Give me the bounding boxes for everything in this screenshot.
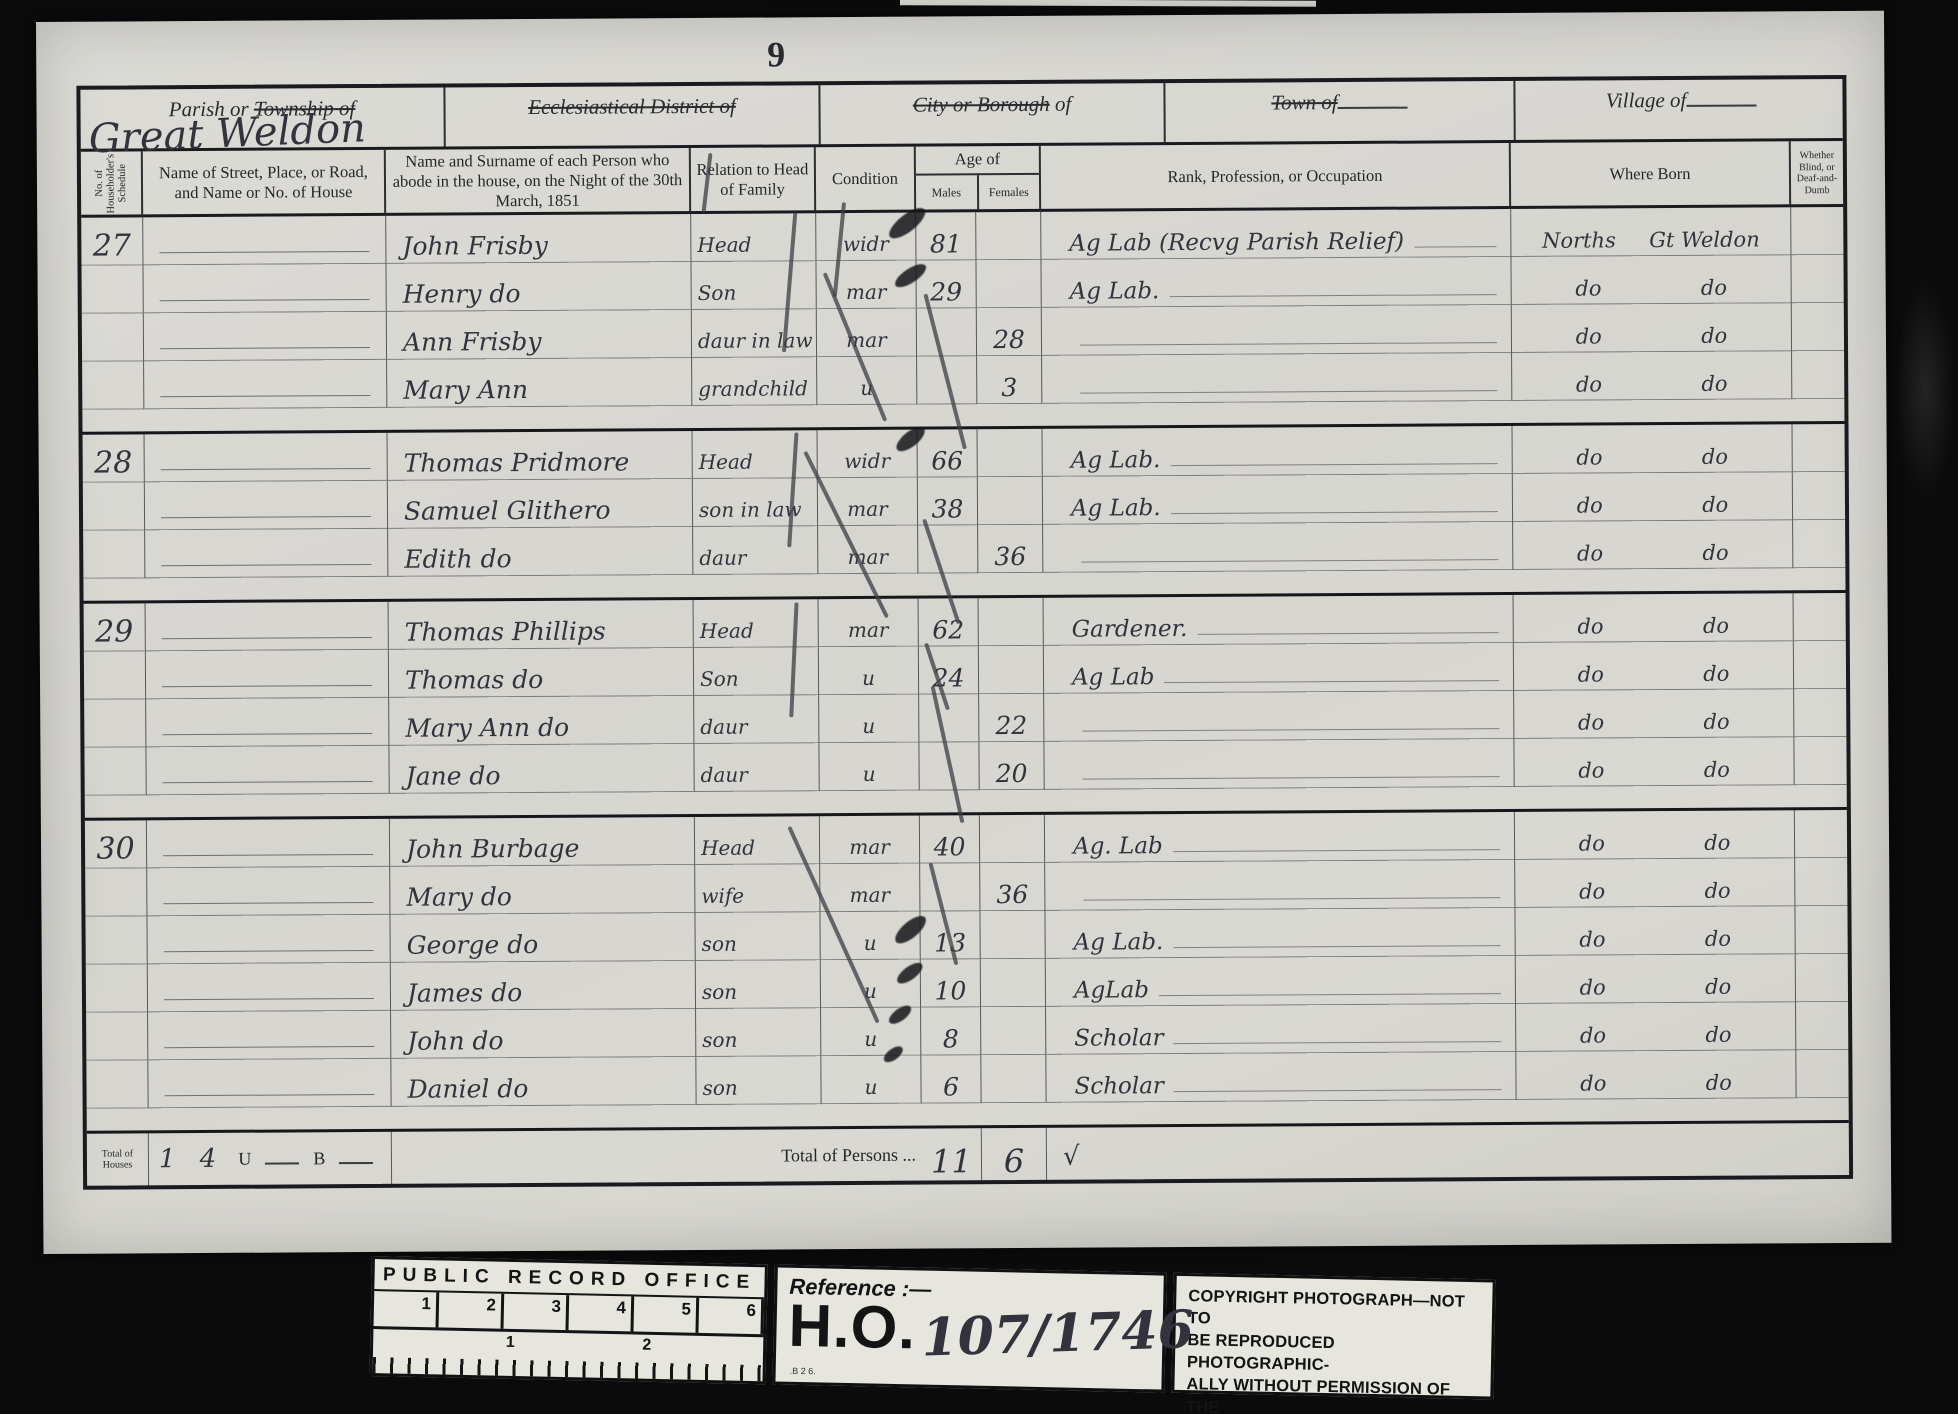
person-name: Edith do — [388, 527, 693, 577]
schedule-number: 30 — [85, 820, 147, 868]
household-28: 28Thomas PridmoreHeadwidr66Ag Lab.dodoSa… — [83, 424, 1846, 604]
total-persons-males-value: 11 — [931, 1142, 972, 1180]
occupation-cell: Ag Lab. — [1041, 257, 1511, 308]
street-cell — [145, 529, 388, 578]
age-males-cell: 10 — [921, 959, 981, 1007]
condition-cell-value: u — [864, 931, 877, 960]
town-cell: Town of — [1165, 81, 1515, 142]
age-males-cell-value: 13 — [934, 928, 966, 959]
born-place: do — [1703, 614, 1729, 642]
schedule-number — [86, 1060, 148, 1108]
infirm-cell — [1794, 689, 1846, 737]
infirm-cell — [1795, 858, 1847, 906]
age-females-cell — [981, 959, 1046, 1007]
condition-cell-value: mar — [846, 280, 887, 309]
age-males-cell: 29 — [916, 260, 976, 308]
city-cell: City or Borough of — [820, 83, 1165, 144]
where-born-cell: dodo — [1515, 810, 1795, 860]
pro-stamp-strip: PUBLIC RECORD OFFICE 1 2 3 4 5 6 1 2 Ref… — [369, 1256, 1495, 1400]
infirm-cell — [1791, 255, 1843, 303]
building-label: B — [313, 1148, 325, 1169]
age-males-cell-value: 6 — [943, 1072, 959, 1103]
ruler-number: 1 — [506, 1334, 515, 1352]
city-label-struck: City or Borough — [913, 92, 1050, 117]
born-place: do — [1705, 975, 1731, 1003]
age-males-cell-value: 38 — [931, 494, 963, 525]
col-head-age: Age of Males Females — [916, 146, 1041, 211]
age-males-cell — [918, 525, 978, 573]
relation-cell-value: son — [702, 980, 737, 1009]
reference-prefix: H.O. — [788, 1296, 917, 1359]
street-cell — [145, 481, 388, 530]
total-persons-females: 6 — [982, 1128, 1047, 1180]
city-label: of — [1050, 92, 1072, 116]
occupation-cell: Ag Lab (Recvg Parish Relief) — [1041, 209, 1511, 260]
age-males-cell-value: 66 — [931, 446, 963, 477]
relation-cell: daur — [693, 526, 818, 575]
born-place: do — [1702, 445, 1728, 473]
schedule-number — [82, 313, 144, 361]
occupation-cell: Ag. Lab — [1045, 812, 1515, 863]
schedule-number — [81, 265, 143, 313]
ruler-number: 1 — [374, 1291, 440, 1327]
schedule-number-value: 28 — [94, 445, 132, 482]
relation-cell: son — [696, 1008, 821, 1057]
ruler-number: 3 — [504, 1294, 570, 1330]
person-name-value: Henry do — [403, 279, 521, 312]
reference-code: .B 2 6. — [790, 1366, 816, 1377]
occupation-cell: Ag Lab. — [1043, 426, 1513, 477]
street-cell — [144, 360, 387, 409]
person-name: Thomas Pridmore — [388, 431, 693, 481]
condition-cell-value: mar — [849, 835, 890, 864]
where-born-cell: dodo — [1513, 520, 1793, 570]
total-houses-value: 1 4 — [159, 1144, 225, 1174]
schedule-number: 29 — [84, 603, 146, 651]
occupation-cell-value: Scholar — [1074, 1025, 1164, 1055]
street-cell — [143, 216, 386, 265]
age-females-cell-value: 20 — [996, 759, 1028, 790]
schedule-number — [85, 916, 147, 964]
born-place: do — [1704, 879, 1730, 907]
person-name-value: Mary Ann do — [405, 713, 569, 746]
relation-cell-value: Head — [701, 836, 755, 865]
born-place: do — [1705, 927, 1731, 955]
person-name: John Frisby — [386, 214, 691, 264]
condition-cell: u — [819, 695, 919, 744]
born-place: do — [1704, 758, 1730, 786]
town-blank-line — [1338, 95, 1408, 109]
age-males-cell-value: 40 — [934, 832, 966, 863]
where-born-cell: NorthsGt Weldon — [1511, 207, 1791, 257]
age-females-cell — [976, 260, 1041, 308]
condition-cell-value: mar — [847, 497, 888, 526]
district-label: Ecclesiastical District of — [528, 94, 736, 119]
age-females-cell — [978, 429, 1043, 477]
age-males-cell — [917, 356, 977, 404]
infirm-cell — [1795, 810, 1847, 858]
household-29: 29Thomas PhillipsHeadmar62Gardener.dodoT… — [84, 593, 1847, 821]
occupation-cell-value: Gardener. — [1072, 616, 1188, 646]
condition-cell: u — [819, 647, 919, 696]
person-name: Mary Ann — [387, 358, 692, 408]
schedule-number — [83, 530, 145, 578]
col-head-condition: Condition — [816, 147, 916, 212]
ruler-number: 2 — [642, 1337, 651, 1355]
condition-cell: u — [821, 1008, 921, 1057]
street-cell — [145, 433, 388, 482]
occupation-cell — [1045, 860, 1515, 911]
infirm-cell — [1792, 424, 1844, 472]
age-females-cell: 28 — [977, 308, 1042, 356]
age-females-cell — [979, 598, 1044, 646]
person-name: Mary do — [390, 865, 695, 915]
relation-cell-value: Son — [698, 281, 737, 310]
person-name: Jane do — [389, 744, 694, 794]
page-number: 9 — [736, 33, 816, 75]
born-place: do — [1701, 276, 1727, 304]
census-page: 9 Parish or Township of Great Weldon Ecc… — [36, 11, 1891, 1254]
person-name-value: Thomas Phillips — [405, 617, 606, 650]
street-cell — [148, 963, 391, 1012]
relation-cell-value: Head — [700, 619, 754, 648]
infirm-cell — [1796, 1050, 1848, 1098]
age-males-cell — [917, 308, 977, 356]
street-cell — [143, 264, 386, 313]
street-cell — [146, 746, 389, 795]
infirm-cell — [1794, 593, 1846, 641]
condition-cell-value: mar — [848, 618, 889, 647]
condition-cell-value: mar — [847, 545, 888, 574]
born-county: do — [1579, 831, 1605, 859]
ruler-number: 4 — [568, 1295, 634, 1331]
person-name: John do — [391, 1009, 696, 1059]
born-county: do — [1580, 1023, 1606, 1051]
reference-number: 107/1746 — [921, 1304, 1195, 1365]
infirm-cell — [1794, 737, 1846, 785]
street-cell — [146, 602, 389, 651]
age-males-cell: 38 — [918, 477, 978, 525]
age-males-cell: 13 — [920, 911, 980, 959]
person-name: Daniel do — [391, 1057, 696, 1107]
condition-cell-value: u — [864, 1027, 877, 1056]
person-name: George do — [390, 913, 695, 963]
total-persons-label: Total of Persons ... — [392, 1129, 922, 1184]
relation-cell-value: daur — [700, 715, 747, 744]
person-name-value: Mary Ann — [403, 375, 528, 408]
occupation-cell: Ag Lab — [1044, 643, 1514, 694]
schedule-number — [84, 699, 146, 747]
condition-cell: mar — [820, 816, 920, 865]
col-head-males: Males — [916, 175, 979, 211]
born-place: do — [1703, 710, 1729, 738]
village-blank-line — [1686, 92, 1756, 106]
person-name-value: James do — [407, 978, 522, 1011]
relation-cell: son — [696, 1056, 821, 1105]
where-born-cell: dodo — [1512, 351, 1792, 401]
occupation-cell — [1044, 739, 1514, 790]
relation-cell: Head — [694, 599, 819, 648]
occupation-cell-value: AgLab — [1074, 977, 1149, 1006]
occupation-cell-value: Ag Lab. — [1070, 278, 1160, 308]
relation-cell: son in law — [693, 478, 818, 527]
condition-cell: u — [820, 912, 920, 961]
occupation-cell-value: Ag Lab. — [1071, 495, 1161, 525]
age-females-cell: 20 — [979, 742, 1044, 790]
ruler-number: 2 — [439, 1292, 505, 1328]
age-males-cell: 8 — [921, 1007, 981, 1055]
age-females-cell — [981, 1055, 1046, 1103]
col-head-schedule-label: No. of Householder's Schedule — [93, 154, 128, 214]
relation-cell-value: son — [702, 1028, 737, 1057]
infirm-cell — [1791, 207, 1843, 255]
census-table: Parish or Township of Great Weldon Eccle… — [76, 75, 1853, 1190]
ruler-number: 6 — [698, 1298, 764, 1334]
occupation-cell-value: Ag Lab. — [1071, 447, 1161, 477]
col-head-females: Females — [978, 175, 1039, 211]
person-name-value: Samuel Glithero — [404, 496, 611, 529]
born-place: do — [1702, 493, 1728, 521]
relation-cell-value: daur in law — [698, 328, 813, 358]
age-females-cell: 36 — [978, 525, 1043, 573]
schedule-number — [84, 747, 146, 795]
age-males-cell-value: 29 — [930, 277, 962, 308]
age-males-cell: 6 — [921, 1055, 981, 1103]
village-label: Village of — [1606, 88, 1687, 112]
born-county: do — [1577, 541, 1603, 569]
town-label: Town of — [1271, 90, 1337, 114]
ruler-number: 5 — [633, 1297, 699, 1333]
person-name: Mary Ann do — [389, 696, 694, 746]
age-males-cell: 40 — [920, 815, 980, 863]
schedule-number — [85, 868, 147, 916]
condition-cell: u — [817, 357, 917, 406]
schedule-number — [86, 964, 148, 1012]
born-county: do — [1580, 975, 1606, 1003]
age-females-cell — [980, 815, 1045, 863]
relation-cell: daur — [694, 743, 819, 792]
born-county: do — [1580, 1071, 1606, 1099]
age-females-cell — [979, 646, 1044, 694]
relation-cell-value: grandchild — [698, 376, 808, 406]
schedule-number: 27 — [81, 217, 143, 265]
born-county: Norths — [1542, 228, 1616, 256]
person-name: Ann Frisby — [387, 310, 692, 360]
born-place: do — [1701, 324, 1727, 352]
born-county: do — [1579, 879, 1605, 907]
pro-ruler-stamp: PUBLIC RECORD OFFICE 1 2 3 4 5 6 1 2 — [369, 1256, 767, 1384]
occupation-cell — [1042, 305, 1512, 356]
condition-cell: mar — [819, 599, 919, 648]
relation-cell: daur — [694, 695, 819, 744]
age-females-cell-value: 22 — [995, 711, 1027, 742]
occupation-cell: Ag Lab. — [1043, 474, 1513, 525]
street-cell — [147, 867, 390, 916]
uninhabited-blank — [265, 1152, 299, 1164]
schedule-number-value: 30 — [96, 831, 134, 868]
age-males-cell — [920, 863, 980, 911]
condition-cell-value: mar — [850, 883, 891, 912]
where-born-cell: dodo — [1514, 737, 1794, 787]
born-place: do — [1704, 831, 1730, 859]
occupation-cell — [1042, 353, 1512, 404]
where-born-cell: dodo — [1516, 1050, 1796, 1100]
person-name: Thomas Phillips — [389, 600, 694, 650]
infirm-cell — [1792, 351, 1844, 399]
occupation-cell — [1043, 522, 1513, 573]
age-males-cell — [919, 694, 979, 742]
col-head-relation: Relation to Head of Family — [691, 147, 816, 212]
household-30: 30John BurbageHeadmar40Ag. LabdodoMary d… — [85, 810, 1849, 1134]
where-born-cell: dodo — [1511, 255, 1791, 305]
condition-cell-value: u — [862, 714, 875, 743]
age-females-cell: 3 — [977, 356, 1042, 404]
where-born-cell: dodo — [1516, 1002, 1796, 1052]
relation-cell: Son — [691, 261, 816, 310]
relation-cell-value: daur — [699, 546, 746, 575]
person-name-value: Mary do — [406, 882, 512, 915]
relation-cell: son — [695, 912, 820, 961]
born-place: do — [1702, 541, 1728, 569]
schedule-number — [83, 482, 145, 530]
occupation-cell: Ag Lab. — [1045, 908, 1515, 959]
age-females-cell — [978, 477, 1043, 525]
born-county: do — [1578, 662, 1604, 690]
born-county: do — [1577, 614, 1603, 642]
occupation-cell: AgLab — [1046, 956, 1516, 1007]
col-head-name: Name and Surname of each Person who abod… — [386, 148, 691, 214]
relation-cell-value: wife — [701, 884, 744, 913]
born-county: do — [1578, 758, 1604, 786]
age-males-cell: 66 — [918, 429, 978, 477]
street-cell — [147, 819, 390, 868]
age-males-cell-value: 81 — [930, 229, 962, 260]
col-head-age-label: Age of — [916, 146, 1039, 176]
born-county: do — [1579, 927, 1605, 955]
occupation-cell-value: Ag Lab. — [1074, 929, 1164, 959]
relation-cell-value: Head — [697, 233, 751, 262]
total-checkmark: √ — [1047, 1142, 1080, 1180]
age-males-cell-value: 62 — [932, 615, 964, 646]
schedule-number: 28 — [83, 434, 145, 482]
condition-cell: mar — [816, 261, 916, 310]
where-born-cell: dodo — [1515, 906, 1795, 956]
col-head-occupation: Rank, Profession, or Occupation — [1041, 143, 1511, 210]
relation-cell: grandchild — [692, 357, 817, 406]
age-males-cell-value: 24 — [933, 663, 965, 694]
reference-stamp: Reference :— H.O. 107/1746 .B 2 6. — [772, 1264, 1166, 1392]
relation-cell: Head — [695, 816, 820, 865]
condition-cell: widr — [818, 430, 918, 479]
condition-cell: mar — [818, 526, 918, 575]
where-born-cell: dodo — [1514, 689, 1794, 739]
person-name-value: John Frisby — [402, 231, 548, 264]
person-name-value: Thomas Pridmore — [404, 447, 630, 480]
condition-cell: u — [819, 743, 919, 792]
total-persons-males: 11 — [922, 1128, 982, 1180]
relation-cell-value: Son — [700, 667, 739, 696]
born-place: do — [1705, 1023, 1731, 1051]
condition-cell-value: u — [862, 666, 875, 695]
infirm-cell — [1792, 303, 1844, 351]
born-county: do — [1577, 493, 1603, 521]
age-males-cell: 24 — [919, 646, 979, 694]
district-cell: Ecclesiastical District of — [445, 85, 820, 146]
schedule-number-value: 27 — [93, 228, 131, 265]
household-27: 27John FrisbyHeadwidr81Ag Lab (Recvg Par… — [81, 207, 1844, 435]
occupation-cell: Scholar — [1046, 1004, 1516, 1055]
person-name-value: John Burbage — [406, 834, 580, 867]
person-name: Thomas do — [389, 648, 694, 698]
condition-cell: widr — [816, 213, 916, 262]
born-county: do — [1575, 276, 1601, 304]
where-born-cell: dodo — [1516, 954, 1796, 1004]
age-females-cell-value: 36 — [996, 880, 1028, 911]
condition-cell: mar — [820, 864, 920, 913]
street-cell — [147, 915, 390, 964]
person-name-value: Thomas do — [405, 665, 543, 698]
age-males-cell — [919, 742, 979, 790]
relation-cell-value: son — [702, 932, 737, 961]
uninhabited-label: U — [238, 1148, 251, 1169]
age-females-cell — [980, 911, 1045, 959]
ruler-scale-fine: 1 2 — [373, 1329, 764, 1381]
street-cell — [148, 1059, 391, 1108]
parish-cell: Parish or Township of Great Weldon — [80, 88, 445, 149]
column-header-band: No. of Householder's Schedule Name of St… — [81, 141, 1843, 218]
col-head-where-born: Where Born — [1511, 141, 1791, 207]
where-born-cell: dodo — [1512, 424, 1792, 474]
condition-cell-value: u — [860, 376, 873, 405]
person-name: Samuel Glithero — [388, 479, 693, 529]
relation-cell: daur in law — [692, 309, 817, 358]
age-females-cell-value: 3 — [1001, 373, 1017, 404]
infirm-cell — [1793, 472, 1845, 520]
building-blank — [339, 1152, 373, 1164]
condition-cell-value: u — [864, 1075, 877, 1104]
occupation-cell-value: Scholar — [1074, 1073, 1164, 1103]
occupation-cell: Gardener. — [1044, 595, 1514, 646]
age-males-cell: 81 — [916, 212, 976, 260]
occupation-cell: Scholar — [1046, 1052, 1516, 1103]
relation-cell: Son — [694, 647, 819, 696]
age-females-cell: 36 — [980, 863, 1045, 911]
born-place: Gt Weldon — [1649, 227, 1760, 256]
household-rows: 27John FrisbyHeadwidr81Ag Lab (Recvg Par… — [81, 207, 1849, 1134]
age-females-cell — [981, 1007, 1046, 1055]
condition-cell-value: mar — [846, 328, 887, 357]
condition-cell: u — [821, 960, 921, 1009]
col-head-infirm: Whether Blind, or Deaf-and-Dumb — [1791, 141, 1843, 206]
condition-cell: u — [821, 1056, 921, 1105]
schedule-number — [86, 1012, 148, 1060]
where-born-cell: dodo — [1514, 641, 1794, 691]
total-houses-value-cell: 1 4 U B — [149, 1132, 392, 1185]
condition-cell-value: u — [864, 979, 877, 1008]
age-females-cell-value: 36 — [994, 542, 1026, 573]
age-females-cell: 22 — [979, 694, 1044, 742]
age-females-cell-value: 28 — [993, 325, 1025, 356]
age-males-cell-value: 10 — [934, 976, 966, 1007]
schedule-number — [84, 651, 146, 699]
relation-cell: Head — [693, 430, 818, 479]
condition-cell-value: widr — [843, 232, 889, 261]
occupation-cell — [1044, 691, 1514, 742]
person-name: John Burbage — [390, 817, 695, 867]
condition-cell: mar — [818, 478, 918, 527]
where-born-cell: dodo — [1515, 858, 1795, 908]
person-name: Henry do — [386, 262, 691, 312]
